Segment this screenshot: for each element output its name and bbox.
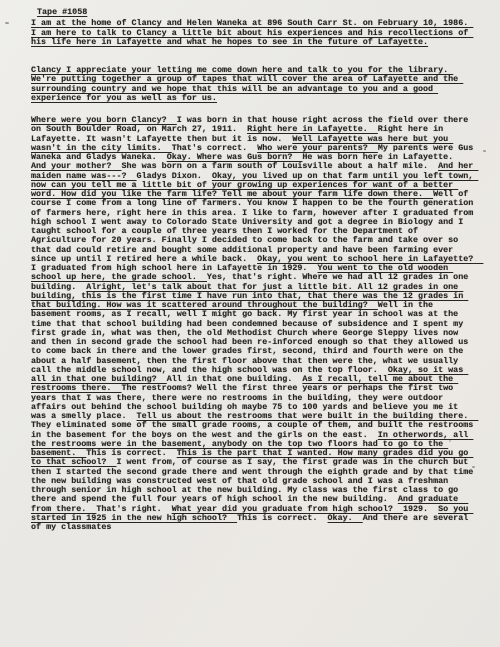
interviewer-speech: Okay. [328, 513, 363, 523]
scan-artifact [472, 466, 475, 468]
scan-artifact [5, 22, 9, 24]
scan-artifact [483, 150, 486, 152]
transcript-content: Tape #1058 I am at the home of Clancy an… [31, 8, 478, 532]
interviewee-speech: This is correct. [237, 513, 327, 523]
interviewee-speech: Well of course I come from a long line o… [31, 189, 478, 264]
scanned-page: Tape #1058 I am at the home of Clancy an… [0, 0, 500, 647]
paragraph-purpose: Clancy I appreciate your letting me come… [31, 66, 478, 103]
scan-artifact [449, 440, 451, 442]
transcript-body: I am at the home of Clancy and Helen Wan… [31, 19, 478, 532]
interviewee-speech: Well in the basement rooms, as I recall,… [31, 300, 473, 375]
interviewer-speech: I am at the home of Clancy and Helen Wan… [31, 18, 473, 47]
interviewer-speech: Clancy I appreciate your letting me come… [31, 65, 463, 103]
paragraph-interview: Where were you born Clancy? I was born i… [31, 116, 478, 532]
paragraph-intro: I am at the home of Clancy and Helen Wan… [31, 19, 478, 47]
page-title: Tape #1058 [37, 8, 95, 17]
